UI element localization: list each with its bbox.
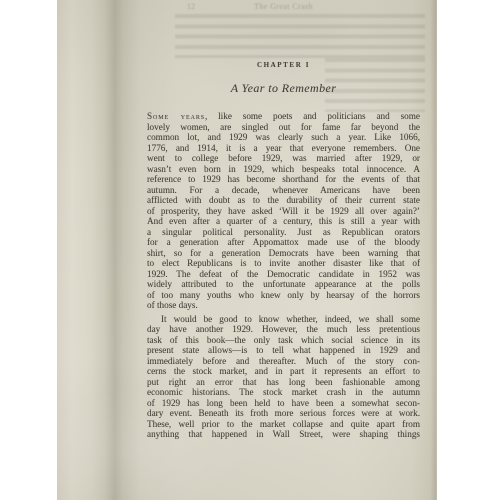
text-line: autumn. For a decade, whenever Americans… [147,185,420,196]
text-line: task of this book—the only task which so… [147,335,420,346]
ghost-showthrough-text-upper [175,14,425,58]
text-line: of those days. [147,300,420,311]
text-line: afflicted with doubt as to the durabilit… [147,195,420,206]
text-line: And even after a quarter of a century, t… [147,216,420,227]
chapter-title: A Year to Remember [147,81,420,96]
text-line: economic historians. The stock market cr… [147,387,420,398]
photo-background: 12 The Great Crash CHAPTER I A Year to R… [0,0,500,500]
text-line: immediately before and thereafter. Much … [147,356,420,367]
text-line: day have another 1929. However, the much… [147,324,420,335]
text-line: lovely women, are singled out for fame f… [147,122,420,133]
text-line: present state allows—is to tell what hap… [147,345,420,356]
body-text: Some years, like some poets and politici… [147,111,420,440]
text-line: common lot, and 1929 was clearly such a … [147,132,420,143]
paragraph-2: It would be good to know whether, indeed… [147,314,420,440]
text-line: to elect Republicans is to invite anothe… [147,258,420,269]
text-line: shirt, so for a generation Democrats hav… [147,248,420,259]
text-line: widely attributed to the unfortunate app… [147,279,420,290]
paragraph-lead-smallcaps: Some years [147,111,205,121]
ghost-running-head: The Great Crash [147,2,420,12]
text-line: anything that happened in Wall Street, w… [147,429,420,440]
text-line: These, well prior to the market collapse… [147,419,420,430]
text-line: of too many youths who knew only by hear… [147,290,420,301]
text-line: went to college before 1929, was married… [147,153,420,164]
text-line: of 1929 has long been held to have been … [147,398,420,409]
text-line: a singular political personality. Just a… [147,227,420,238]
text-line: for a generation after Appomattox made u… [147,237,420,248]
chapter-label: CHAPTER I [147,61,420,69]
text-line: Some years, like some poets and politici… [147,111,420,122]
paragraph-1: lovely women, are singled out for fame f… [147,122,420,311]
text-line: 1776, and 1914, it is a year that everyo… [147,143,420,154]
text-line: 1929. The defeat of the Democratic candi… [147,269,420,280]
text-line: dary event. Beneath its froth more serio… [147,408,420,419]
text-line: It would be good to know whether, indeed… [147,314,420,325]
text-line: reference to 1929 has become shorthand f… [147,174,420,185]
text-line: of prosperity, they have asked ‘Will it … [147,206,420,217]
paragraph-lead-rest: , like some poets and politicians and so… [205,111,420,121]
text-line: cerns the stock market, and in part it r… [147,366,420,377]
text-line: put right an error that has long been fa… [147,377,420,388]
book-page-photo: 12 The Great Crash CHAPTER I A Year to R… [57,0,437,500]
text-line: wasn’t even born in 1929, which bespeaks… [147,164,420,175]
